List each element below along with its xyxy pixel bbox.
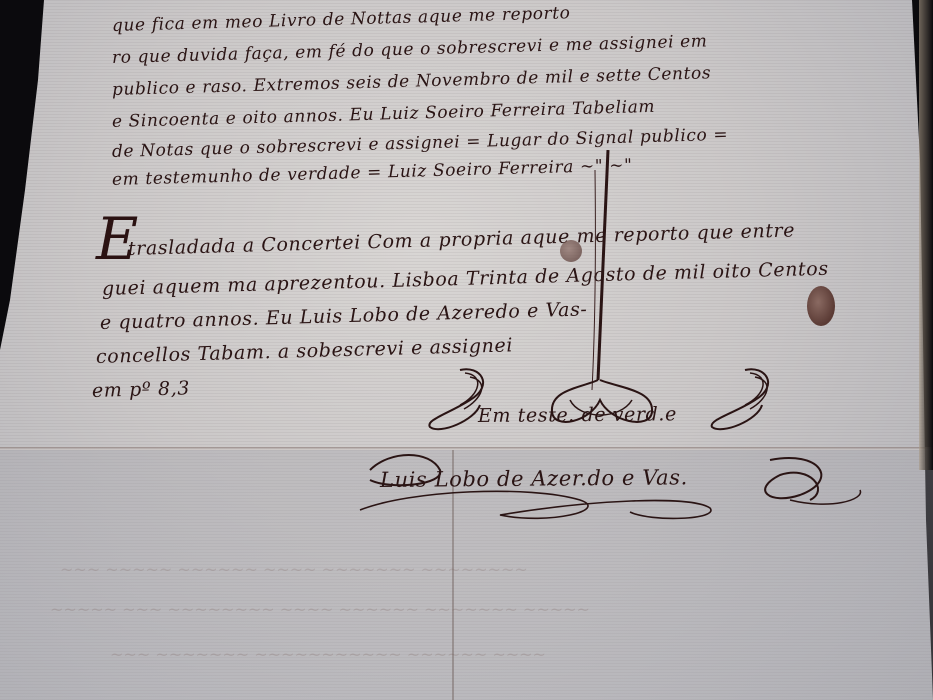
bleed-through-text: ~~~ ~~~~~~~ ~~~~~~~~~~~ ~~~~~~ ~~~~ (110, 645, 546, 664)
bleed-through-text: ~~~ ~~~~~ ~~~~~~ ~~~~ ~~~~~~~ ~~~~~~~~ (60, 560, 528, 579)
wax-stain (807, 286, 835, 326)
text-line: em pº 8,3 (92, 377, 191, 402)
attestation-text: Em teste. de verd.e (478, 403, 677, 427)
notary-sign-icon (540, 150, 670, 430)
paraph-flourish-icon (700, 365, 785, 435)
page-right-edge (919, 0, 933, 470)
bleed-through-text: ~~~~~ ~~~ ~~~~~~~~ ~~~~ ~~~~~~ ~~~~~~~ ~… (50, 600, 590, 619)
notary-signature: Luis Lobo de Azer.do e Vas. (380, 465, 688, 492)
